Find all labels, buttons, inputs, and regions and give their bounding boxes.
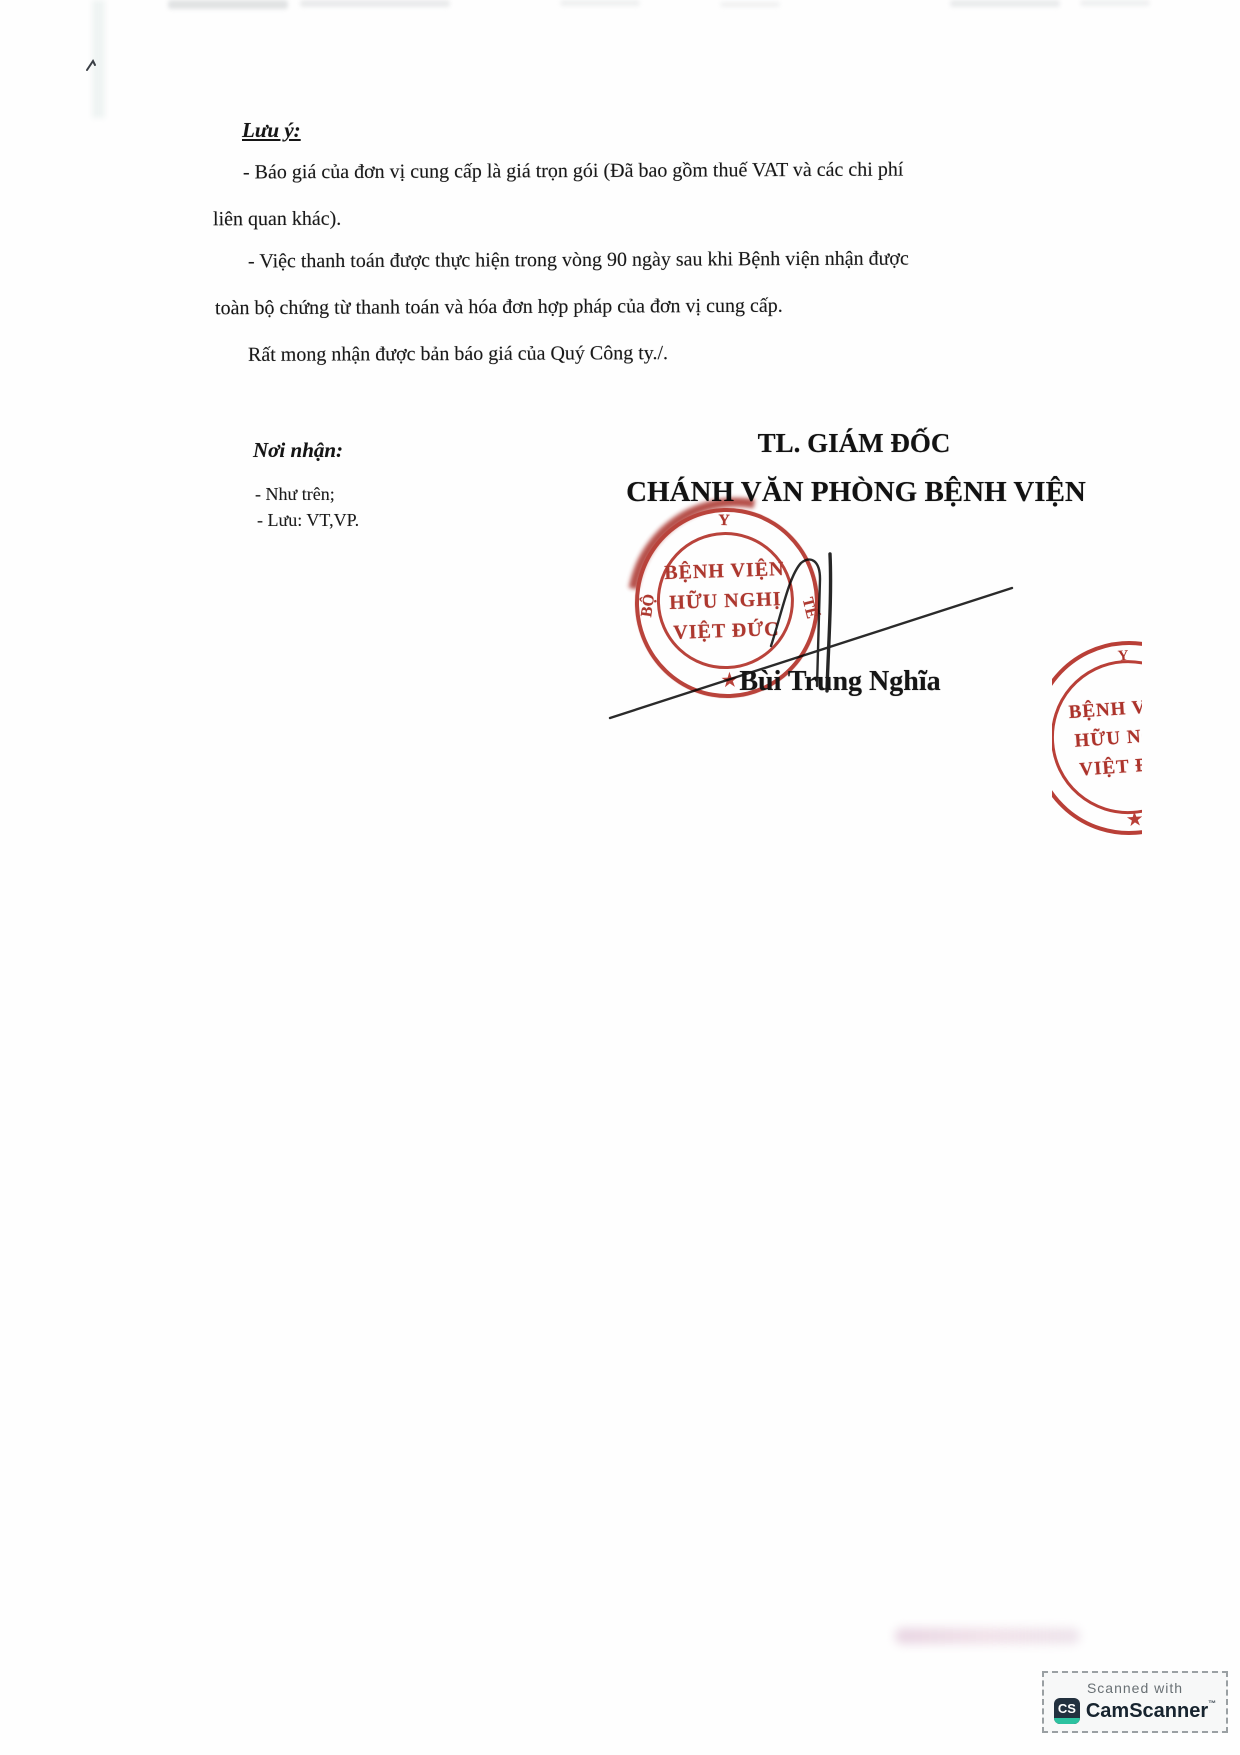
body-line: Rất mong nhận được bản báo giá của Quý C… [248, 342, 668, 367]
partial-stamp-clip: Y BỆNH VIỆN HỮU NGHỊ VIỆT ĐỨC ★ [1052, 612, 1142, 887]
camscanner-trademark: ™ [1208, 1699, 1216, 1708]
scan-artifact [720, 2, 780, 7]
stamp-star-icon: ★ [1125, 809, 1142, 830]
stamp-org-line: BỆNH VIỆN [1068, 690, 1142, 727]
scan-crease [92, 0, 105, 118]
body-line: - Báo giá của đơn vị cung cấp là giá trọ… [243, 159, 904, 185]
camscanner-brand-text: CamScanner [1086, 1700, 1208, 1722]
camscanner-logo-accent [1054, 1718, 1080, 1724]
recipients-heading: Nơi nhận: [253, 438, 343, 463]
recipient-item: - Lưu: VT,VP. [257, 510, 359, 531]
scan-artifact [560, 0, 640, 6]
hospital-seal-stamp-partial: Y BỆNH VIỆN HỮU NGHỊ VIỆT ĐỨC ★ [1052, 634, 1142, 841]
scanned-document-page: Lưu ý: - Báo giá của đơn vị cung cấp là … [0, 0, 1240, 1755]
camscanner-logo-icon: CS [1054, 1698, 1080, 1724]
scan-artifact [168, 0, 288, 9]
scan-artifact [300, 0, 450, 7]
ink-speck [84, 56, 104, 76]
signer-name: Bùi Trung Nghĩa [739, 666, 940, 698]
note-heading: Lưu ý: [242, 118, 301, 143]
body-line: toàn bộ chứng từ thanh toán và hóa đơn h… [215, 295, 783, 320]
scan-artifact [950, 0, 1060, 7]
camscanner-logo-text: CS [1058, 1702, 1076, 1715]
recipient-item: - Như trên; [255, 484, 335, 505]
body-line: - Việc thanh toán được thực hiện trong v… [248, 248, 909, 274]
body-line: liên quan khác). [213, 208, 341, 232]
camscanner-watermark: Scanned with CS CamScanner™ [1042, 1671, 1228, 1733]
camscanner-scanned-with-label: Scanned with [1087, 1681, 1183, 1696]
scan-artifact-smear [895, 1628, 1080, 1644]
camscanner-brand-label: CamScanner™ [1086, 1700, 1216, 1722]
stamp-org-line: VIỆT ĐỨC [1078, 748, 1142, 784]
scan-artifact [1080, 0, 1150, 6]
